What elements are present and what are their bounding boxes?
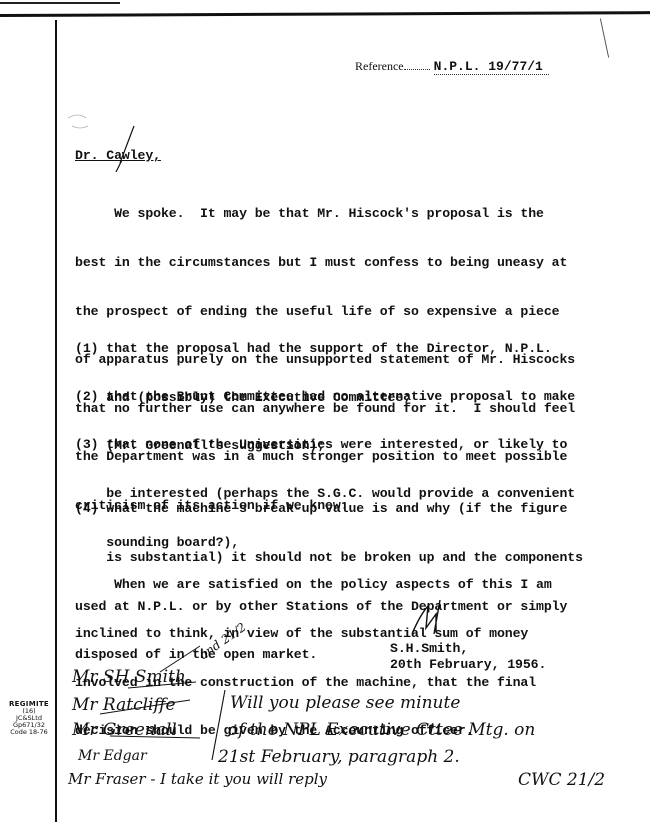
pen-strokes [0, 0, 650, 822]
separator-stroke-icon [212, 690, 225, 760]
document-page: Reference N.P.L. 19/77/1 Dr. Cawley, We … [0, 0, 650, 822]
tick-mark-icon [116, 126, 134, 172]
signature-scrawl-icon [412, 600, 440, 634]
pencil-mark-icon [68, 115, 88, 128]
